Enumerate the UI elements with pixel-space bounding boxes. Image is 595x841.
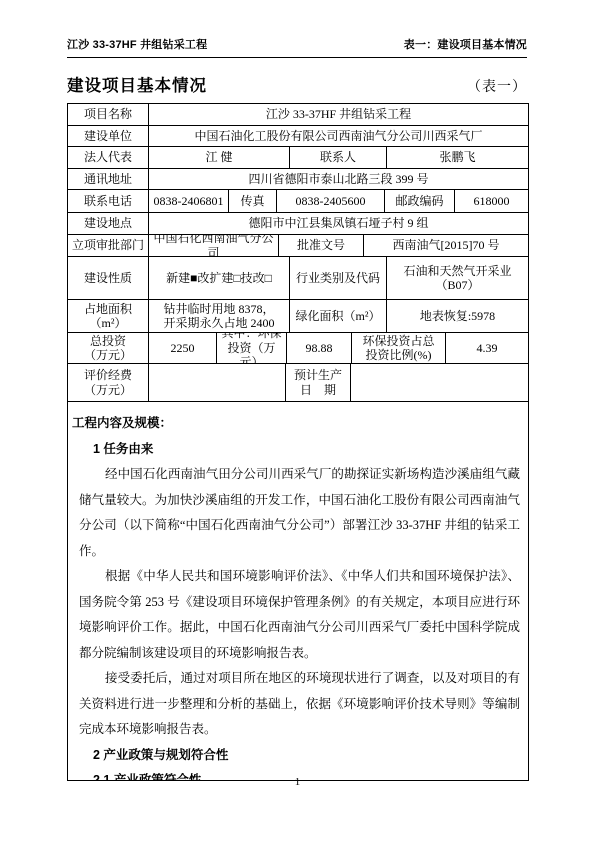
label-approval-number: 批准文号: [278, 235, 363, 256]
value-construction-site: 德阳市中江县集凤镇石垭子村 9 组: [148, 213, 528, 234]
title-row: 建设项目基本情况 （表一）: [67, 72, 527, 96]
value-fax: 0838-2405600: [276, 190, 384, 212]
label-construction-site: 建设地点: [68, 213, 148, 234]
label-construction-nature: 建设性质: [68, 257, 148, 299]
page-number: 1: [0, 776, 595, 788]
label-project-name: 项目名称: [68, 104, 148, 125]
label-fax: 传真: [228, 190, 276, 212]
value-mailing-address: 四川省德阳市泰山北路三段 399 号: [148, 169, 528, 189]
heading-industrial-policy: 2 产业政策与规划符合性: [79, 743, 520, 769]
value-green-area: 地表恢复:5978: [386, 300, 528, 332]
value-contact-person: 张鹏飞: [386, 147, 528, 168]
section-title-project-content: 工程内容及规模：: [72, 411, 520, 437]
table-row-phone-fax-zip: 联系电话 0838-2406801 传真 0838-2405600 邮政编码 6…: [68, 189, 528, 212]
project-info-table: 项目名称 江沙 33-37HF 井组钻采工程 建设单位 中国石油化工股份有限公司…: [67, 103, 529, 781]
value-environmental-investment-ratio: 4.39: [445, 333, 528, 363]
label-approval-department: 立项审批部门: [68, 235, 148, 256]
label-land-area: 占地面积（m²）: [68, 300, 148, 332]
value-construction-unit: 中国石油化工股份有限公司西南油气分公司川西采气厂: [148, 126, 528, 146]
table-row-land-area: 占地面积（m²） 钻井临时用地 8378， 开采期永久占地 2400 绿化面积（…: [68, 299, 528, 332]
project-content-cell: 工程内容及规模： 1 任务由来 经中国石化西南油气田分公司川西采气厂的勘探证实新…: [68, 402, 528, 780]
table-row-investment: 总投资 （万元） 2250 其中：环保 投资（万元） 98.88 环保投资占总 …: [68, 332, 528, 363]
table-row-construction-site: 建设地点 德阳市中江县集凤镇石垭子村 9 组: [68, 212, 528, 234]
label-industry-category: 行业类别及代码: [289, 257, 386, 299]
label-evaluation-fee: 评价经费 （万元）: [68, 364, 148, 401]
table-row-legal-representative: 法人代表 江 健 联系人 张鹏飞: [68, 146, 528, 168]
value-construction-nature-checkboxes: 新建■改扩建□技改□: [148, 257, 289, 299]
table-row-construction-unit: 建设单位 中国石油化工股份有限公司西南油气分公司川西采气厂: [68, 125, 528, 146]
value-phone: 0838-2406801: [148, 190, 228, 212]
table-row-project-content: 工程内容及规模： 1 任务由来 经中国石化西南油气田分公司川西采气厂的勘探证实新…: [68, 401, 528, 780]
value-project-name: 江沙 33-37HF 井组钻采工程: [148, 104, 528, 125]
paragraph-task-origin-1: 经中国石化西南油气田分公司川西采气厂的勘探证实新场构造沙溪庙组气藏储气量较大。为…: [79, 462, 520, 564]
label-green-area: 绿化面积（m²）: [289, 300, 386, 332]
paragraph-task-origin-3: 接受委托后，通过对项目所在地区的环境现状进行了调查，以及对项目的有关资料进行进一…: [79, 666, 520, 743]
value-evaluation-fee-empty: [148, 364, 285, 401]
value-industry-category: 石油和天然气开采业 （B07）: [386, 257, 528, 299]
label-expected-production-date: 预计生产 日 期: [285, 364, 350, 401]
value-postal-code: 618000: [454, 190, 528, 212]
table-row-construction-nature: 建设性质 新建■改扩建□技改□ 行业类别及代码 石油和天然气开采业 （B07）: [68, 256, 528, 299]
value-environmental-investment: 98.88: [286, 333, 351, 363]
header-project-name: 江沙 33-37HF 井组钻采工程: [67, 36, 207, 52]
page-title: 建设项目基本情况: [67, 72, 207, 96]
page-header: 江沙 33-37HF 井组钻采工程 表一：建设项目基本情况: [67, 36, 527, 58]
title-table-label: （表一）: [467, 76, 527, 96]
table-row-mailing-address: 通讯地址 四川省德阳市泰山北路三段 399 号: [68, 168, 528, 189]
label-legal-representative: 法人代表: [68, 147, 148, 168]
label-postal-code: 邮政编码: [384, 190, 454, 212]
label-phone: 联系电话: [68, 190, 148, 212]
table-row-project-name: 项目名称 江沙 33-37HF 井组钻采工程: [68, 104, 528, 125]
heading-task-origin: 1 任务由来: [79, 437, 520, 463]
header-table-caption: 表一：建设项目基本情况: [404, 36, 527, 52]
label-construction-unit: 建设单位: [68, 126, 148, 146]
label-environmental-investment-ratio: 环保投资占总 投资比例(%): [351, 333, 445, 363]
label-environmental-investment: 其中：环保 投资（万元）: [216, 333, 286, 363]
value-approval-number: 西南油气[2015]70 号: [363, 235, 528, 256]
table-row-evaluation-fee: 评价经费 （万元） 预计生产 日 期: [68, 363, 528, 401]
value-total-investment: 2250: [148, 333, 216, 363]
label-total-investment: 总投资 （万元）: [68, 333, 148, 363]
value-approval-department: 中国石化西南油气分公司: [148, 235, 278, 256]
value-land-area: 钻井临时用地 8378， 开采期永久占地 2400: [148, 300, 289, 332]
label-mailing-address: 通讯地址: [68, 169, 148, 189]
document-page: 江沙 33-37HF 井组钻采工程 表一：建设项目基本情况 建设项目基本情况 （…: [0, 0, 595, 841]
value-legal-representative: 江 健: [148, 147, 289, 168]
paragraph-task-origin-2: 根据《中华人民共和国环境影响评价法》、《中华人们共和国环境保护法》、国务院令第 …: [79, 564, 520, 666]
label-contact-person: 联系人: [289, 147, 386, 168]
table-row-approval-department: 立项审批部门 中国石化西南油气分公司 批准文号 西南油气[2015]70 号: [68, 234, 528, 256]
value-expected-production-date-empty: [350, 364, 528, 401]
